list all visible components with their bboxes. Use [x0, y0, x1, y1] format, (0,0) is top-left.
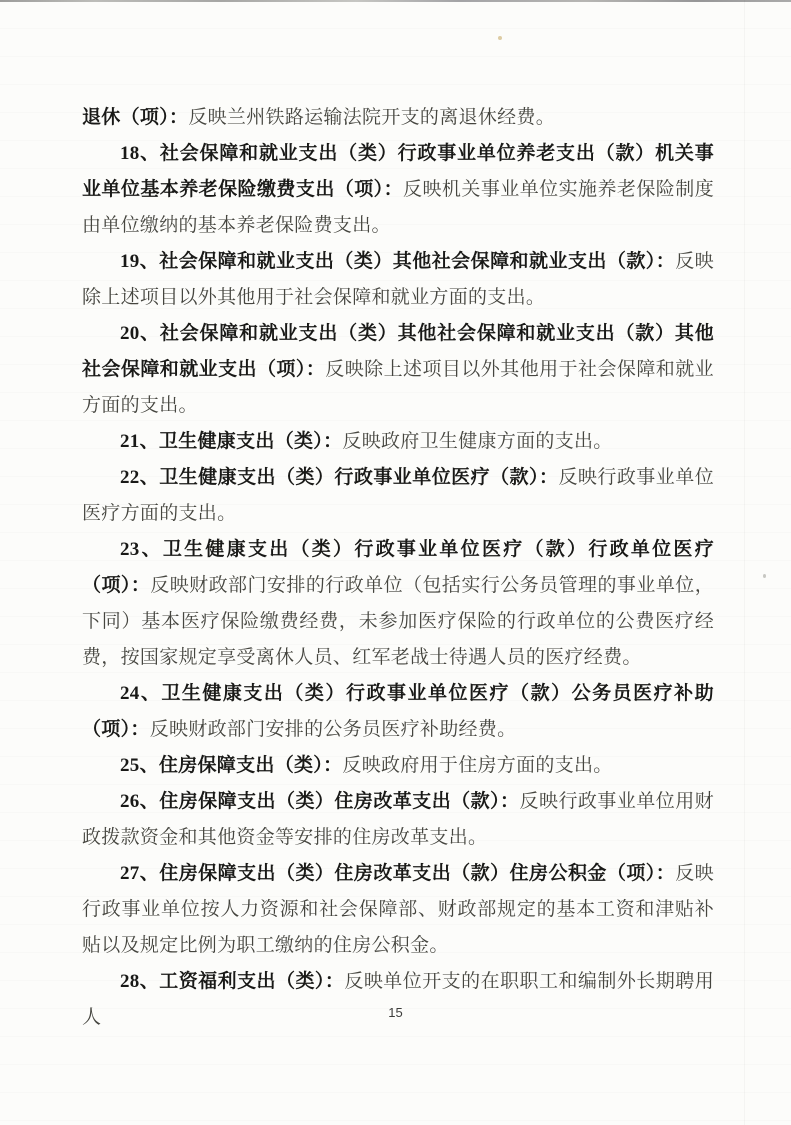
- item-lead: 28、工资福利支出（类）：: [120, 971, 344, 992]
- paragraph-item-20: 20、社会保障和就业支出（类）其他社会保障和就业支出（款）其他社会保障和就业支出…: [82, 316, 714, 424]
- paragraph-item-27: 27、住房保障支出（类）住房改革支出（款）住房公积金（项）：反映行政事业单位按人…: [82, 856, 714, 964]
- item-lead: 22、卫生健康支出（类）行政事业单位医疗（款）：: [120, 467, 558, 488]
- paragraph-item-25: 25、住房保障支出（类）：反映政府用于住房方面的支出。: [82, 748, 714, 784]
- paragraph-item-23: 23、卫生健康支出（类）行政事业单位医疗（款）行政单位医疗（项）：反映财政部门安…: [82, 532, 714, 676]
- item-description: 反映财政部门安排的公务员医疗补助经费。: [150, 719, 517, 740]
- item-description: 反映兰州铁路运输法院开支的离退休经费。: [188, 107, 555, 128]
- scan-top-edge-artifact: [0, 0, 791, 2]
- paragraph-item-26: 26、住房保障支出（类）住房改革支出（款）：反映行政事业单位用财政拨款资金和其他…: [82, 784, 714, 856]
- scan-speck: [498, 36, 502, 40]
- paragraph-item-18: 18、社会保障和就业支出（类）行政事业单位养老支出（款）机关事业单位基本养老保险…: [82, 136, 714, 244]
- item-description: 反映政府卫生健康方面的支出。: [342, 431, 612, 452]
- item-lead: 26、住房保障支出（类）住房改革支出（款）：: [120, 791, 520, 812]
- item-lead: 27、住房保障支出（类）住房改革支出（款）住房公积金（项）：: [120, 863, 675, 884]
- item-description: 反映政府用于住房方面的支出。: [342, 755, 612, 776]
- item-lead: 19、社会保障和就业支出（类）其他社会保障和就业支出（款）：: [120, 251, 675, 272]
- paragraph-item-19: 19、社会保障和就业支出（类）其他社会保障和就业支出（款）：反映除上述项目以外其…: [82, 244, 714, 316]
- document-body: 退休（项）：反映兰州铁路运输法院开支的离退休经费。 18、社会保障和就业支出（类…: [82, 100, 714, 1036]
- paragraph-item-22: 22、卫生健康支出（类）行政事业单位医疗（款）：反映行政事业单位医疗方面的支出。: [82, 460, 714, 532]
- item-description: 反映财政部门安排的行政单位（包括实行公务员管理的事业单位，下同）基本医疗保险缴费…: [82, 575, 714, 668]
- paragraph-item-17-retirement-continuation: 退休（项）：反映兰州铁路运输法院开支的离退休经费。: [82, 100, 714, 136]
- paragraph-item-21: 21、卫生健康支出（类）：反映政府卫生健康方面的支出。: [82, 424, 714, 460]
- page-number: 15: [0, 1004, 791, 1022]
- scan-right-seam-artifact: [744, 0, 745, 1125]
- item-lead: 25、住房保障支出（类）：: [120, 755, 342, 776]
- item-lead: 退休（项）：: [82, 107, 188, 128]
- paragraph-item-24: 24、卫生健康支出（类）行政事业单位医疗（款）公务员医疗补助（项）：反映财政部门…: [82, 676, 714, 748]
- scan-speck: [763, 574, 766, 578]
- paragraph-item-28: 28、工资福利支出（类）：反映单位开支的在职职工和编制外长期聘用人: [82, 964, 714, 1036]
- item-lead: 21、卫生健康支出（类）：: [120, 431, 342, 452]
